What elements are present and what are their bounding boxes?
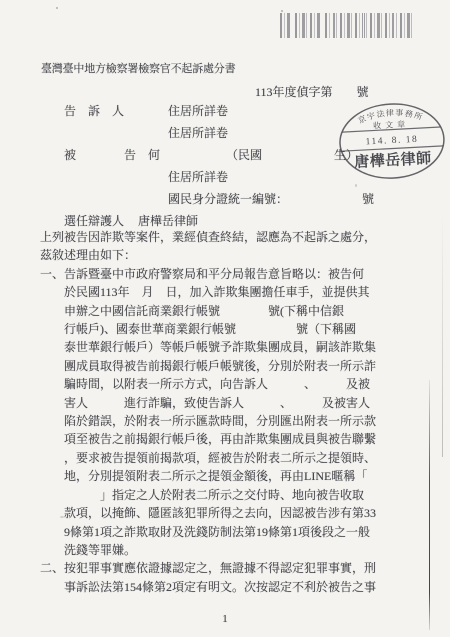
paper-edge-artifact — [429, 380, 430, 630]
body-text-line: 申辦之中國信託商業銀行帳號 號(下稱中信銀 — [40, 302, 392, 320]
body-text-line: 害人 進行詐騙，致使告訴人 、 及被害人 — [40, 394, 392, 412]
defender-label: 選任辯護人 — [64, 214, 124, 228]
scan-speck — [56, 7, 58, 9]
case-number: 113年度偵字第 號 — [255, 85, 369, 99]
body-text-line: 地，分別提領附表二所示之提領金額後，再由LINE暱稱「 — [40, 467, 392, 485]
barcode — [280, 13, 416, 38]
body-text-line: 洗錢等罪嫌。 — [40, 541, 392, 559]
body-text-line: 項至被告之前揭銀行帳戶後，再由詐欺集團成員與被告聯繫 — [40, 430, 392, 448]
body-text-line: 」指定之人於附表二所示之交付時、地向被告收取 — [40, 486, 392, 504]
document-title: 臺灣臺中地方檢察署檢察官不起訴處分書 — [41, 62, 235, 76]
body-text-line: 陷於錯誤，於附表一所示匯款時間，分別匯出附表一所示款 — [40, 412, 392, 430]
defendant-label-name: 被 告 何 — [64, 148, 160, 162]
body-text-line: 上列被告因詐欺等案件，業經偵查終結，認應為不起訴之處分， — [40, 228, 392, 246]
body-text-line: 團成員取得被告前揭銀行帳戶帳號後，分別於附表一所示詐 — [40, 357, 392, 375]
stamp-graphic: 京宇法律事務所 收文章 114. 8. 18 唐樺岳律師 — [335, 98, 450, 186]
stamp-date: 114. 8. 18 — [365, 135, 418, 148]
complainant-label: 告 訴 人 — [64, 104, 124, 118]
stamp-lawyer-name: 唐樺岳律師 — [354, 149, 432, 171]
body-text-line: 一、告訴暨臺中市政府警察局和平分局報告意旨略以：被告何 — [40, 265, 392, 283]
body-text-line: 9條第1項之詐欺取財及洗錢防制法第19條第1項後段之一般 — [40, 523, 392, 541]
law-firm-receipt-stamp: 京宇法律事務所 收文章 114. 8. 18 唐樺岳律師 — [335, 98, 450, 186]
body-text-line: ，要求被告提領前揭款項，經被告於附表二所示之提領時、 — [40, 449, 392, 467]
body-text-line: 騙時間，以附表一所示方式，向告訴人 、 及被 — [40, 375, 392, 393]
defendant-address: 住居所詳卷 — [168, 170, 228, 184]
body-text-line: 二、按犯罪事實應依證據認定之，無證據不得認定犯罪事實，刑 — [40, 559, 392, 577]
scanned-legal-document-page: 臺灣臺中地方檢察署檢察官不起訴處分書 113年度偵字第 號 告 訴 人 住居所詳… — [0, 0, 450, 637]
body-text: 上列被告因詐欺等案件，業經偵查終結，認應為不起訴之處分，茲敘述理由如下：一、告訴… — [40, 228, 392, 596]
defendant-id-label: 國民身分證統一編號： — [168, 192, 288, 206]
paper-edge-artifact — [442, 212, 443, 457]
body-text-line: 款項，以掩飾、隱匿該犯罪所得之去向，因認被告涉有第33 — [40, 504, 392, 522]
defendant-id-suffix: 號 — [362, 192, 374, 206]
body-text-line: 泰世華銀行帳戶）等帳戶帳號予詐欺集團成員，嗣該詐欺集 — [40, 338, 392, 356]
complainant-address: 住居所詳卷 — [168, 126, 228, 140]
defender-name: 唐樺岳律師 — [138, 214, 198, 228]
scan-speck — [355, 184, 357, 187]
scan-speck — [281, 10, 283, 12]
complainant-address: 住居所詳卷 — [168, 104, 228, 118]
page-number: 1 — [0, 612, 450, 626]
body-text-line: 行帳戶)、國泰世華商業銀行帳號 號（下稱國 — [40, 320, 392, 338]
scan-speck — [60, 516, 64, 518]
body-text-line: 茲敘述理由如下： — [40, 246, 392, 264]
scan-speck — [95, 417, 98, 419]
body-text-line: 於民國113年 月 日，加入詐欺集團擔任車手，並提供其 — [40, 283, 392, 301]
body-text-line: 事訴訟法第154條第2項定有明文。次按認定不利於被告之事 — [40, 578, 392, 596]
